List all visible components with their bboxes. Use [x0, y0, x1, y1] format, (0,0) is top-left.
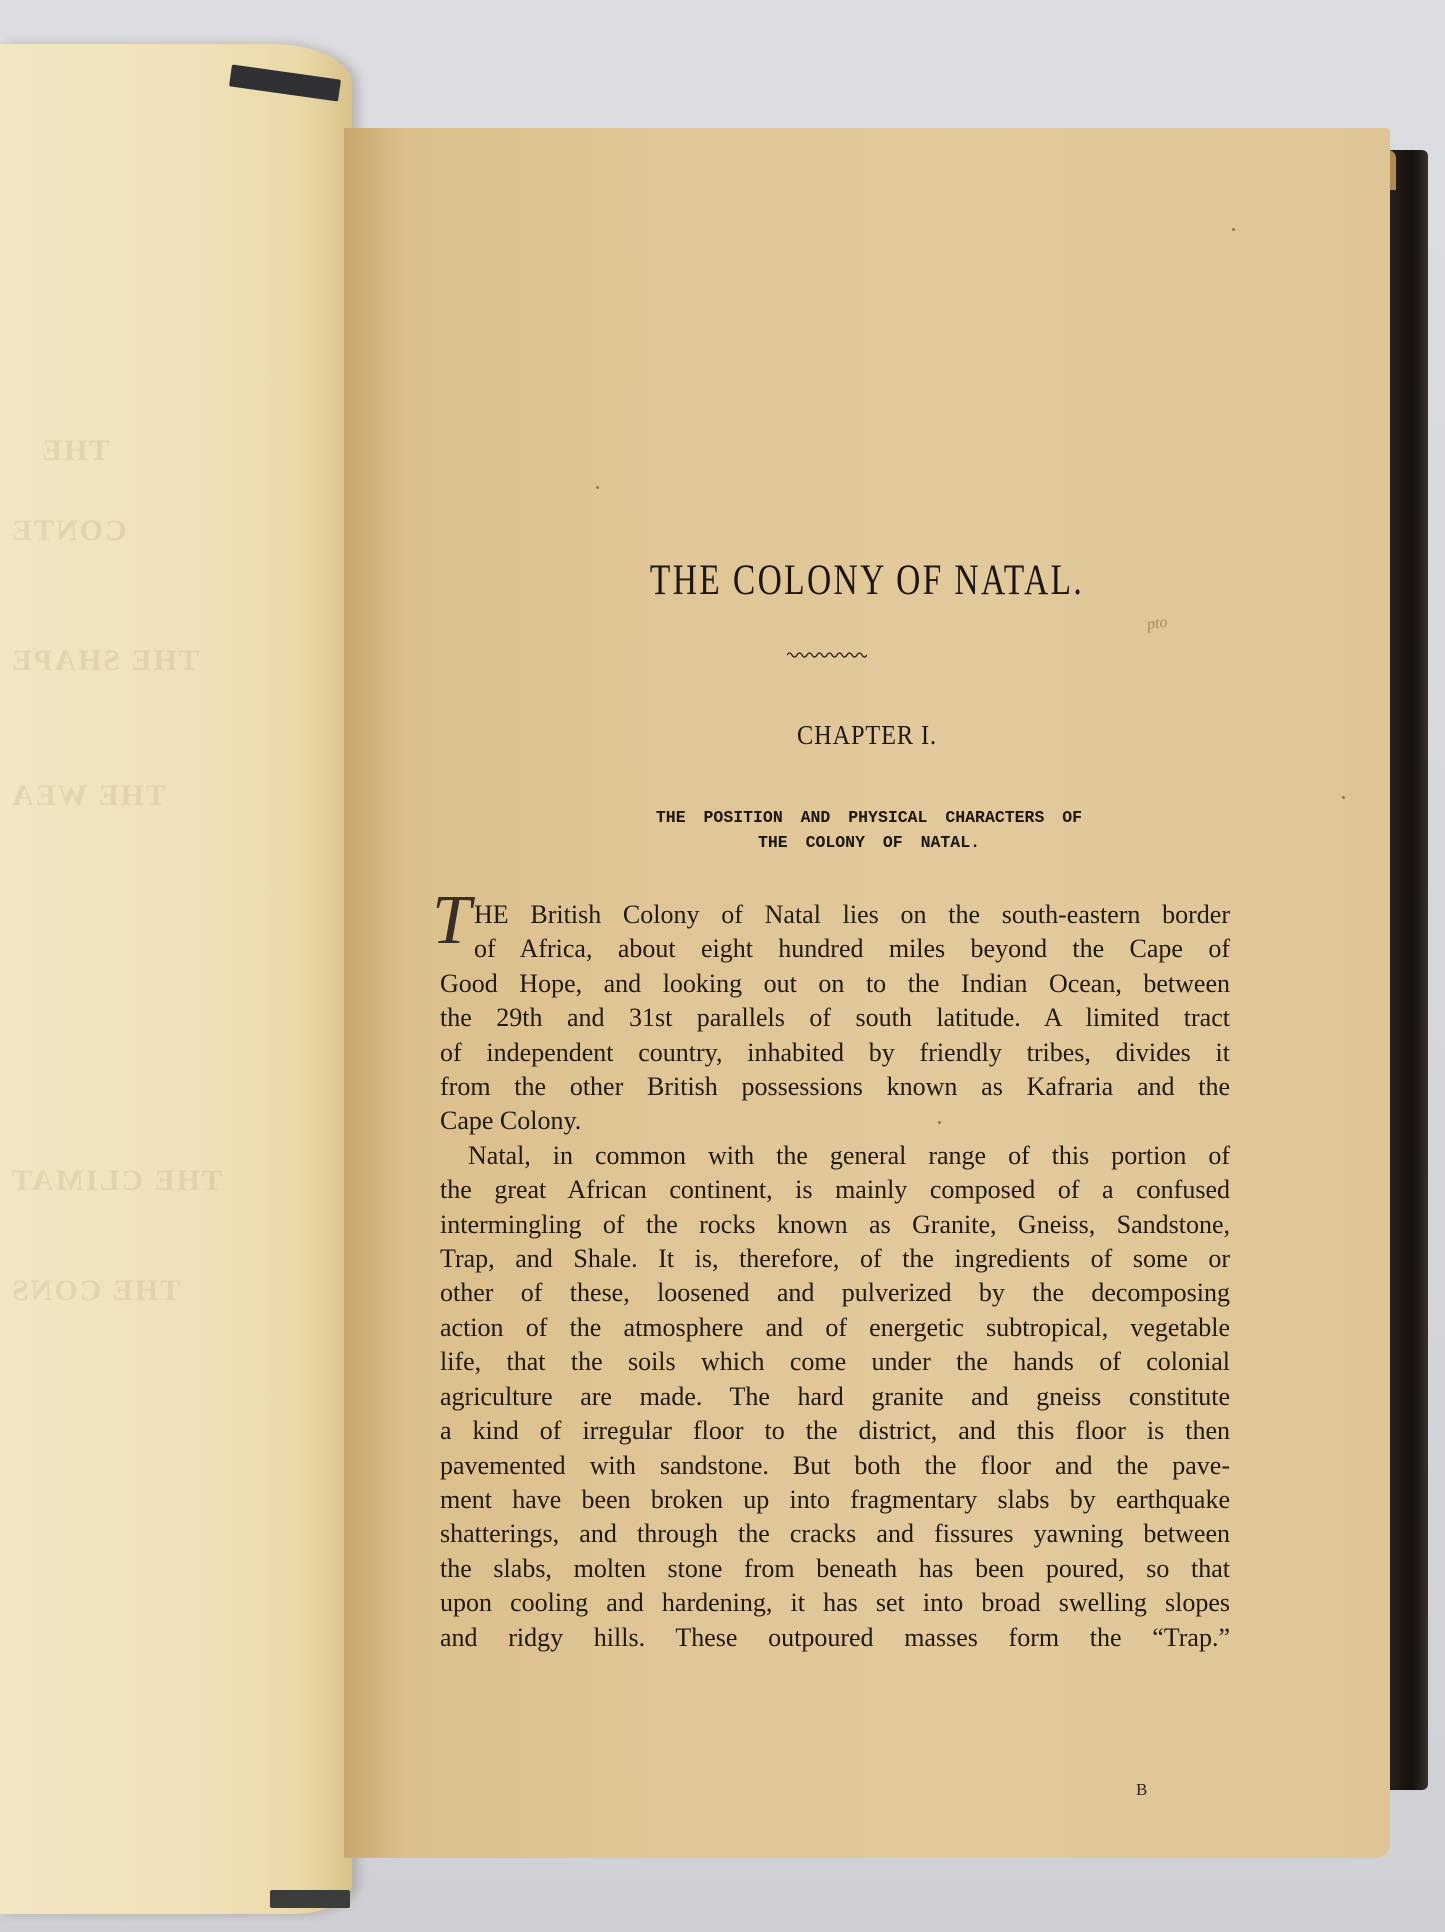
- text-line: the great African continent, is mainly c…: [440, 1173, 1230, 1207]
- bleed-through-text: THE WEA: [10, 779, 166, 813]
- paper-speck: [596, 486, 599, 489]
- text-line: a kind of irregular floor to the distric…: [440, 1414, 1230, 1448]
- left-page: THE CONTE THE SHAPE THE WEA THE CLIMAT T…: [0, 44, 352, 1914]
- text-line: action of the atmosphere and of energeti…: [440, 1311, 1230, 1345]
- text-line: Natal, in common with the general range …: [440, 1139, 1230, 1173]
- chapter-heading-line: THE COLONY OF NATAL.: [444, 830, 1294, 855]
- text-line: life, that the soils which come under th…: [440, 1345, 1230, 1379]
- paper-speck: [1342, 796, 1345, 799]
- text-line: Good Hope, and looking out on to the Ind…: [440, 967, 1230, 1001]
- text-line: from the other British possessions known…: [440, 1070, 1230, 1104]
- paper-speck: [1232, 228, 1235, 231]
- text-line: ment have been broken up into fragmentar…: [440, 1483, 1230, 1517]
- text-line: pavemented with sandstone. But both the …: [440, 1449, 1230, 1483]
- pencil-annotation: pto: [1146, 614, 1169, 635]
- text-line: of independent country, inhabited by fri…: [440, 1036, 1230, 1070]
- text-line: other of these, loosened and pulverized …: [440, 1276, 1230, 1310]
- text-line: upon cooling and hardening, it has set i…: [440, 1586, 1230, 1620]
- bleed-through-text: THE SHAPE: [10, 644, 199, 678]
- wavy-ornament-rule: [787, 651, 867, 659]
- bleed-through-text: THE CLIMAT: [10, 1164, 222, 1198]
- text-line: HE British Colony of Natal lies on the s…: [440, 898, 1230, 932]
- text-line: of Africa, about eight hundred miles bey…: [440, 932, 1230, 966]
- right-page: THE COLONY OF NATAL. pto CHAPTER I. THE …: [344, 128, 1390, 1858]
- text-line: shatterings, and through the cracks and …: [440, 1517, 1230, 1551]
- text-line: intermingling of the rocks known as Gran…: [440, 1208, 1230, 1242]
- text-line: the slabs, molten stone from beneath has…: [440, 1552, 1230, 1586]
- body-text: T HE British Colony of Natal lies on the…: [440, 898, 1230, 1655]
- signature-mark: B: [1136, 1780, 1147, 1800]
- book-cover-left-bottom: [270, 1890, 350, 1908]
- text-line: and ridgy hills. These outpoured masses …: [440, 1621, 1230, 1655]
- chapter-heading: THE POSITION AND PHYSICAL CHARACTERS OF …: [444, 805, 1294, 855]
- text-line: agriculture are made. The hard granite a…: [440, 1380, 1230, 1414]
- bleed-through-text: THE: [40, 434, 109, 468]
- text-line: Trap, and Shale. It is, therefore, of th…: [440, 1242, 1230, 1276]
- drop-cap-initial: T: [432, 886, 471, 956]
- bleed-through-text: CONTE: [10, 514, 127, 548]
- text-line: Cape Colony.: [440, 1104, 1230, 1138]
- book-title: THE COLONY OF NATAL.: [459, 556, 1275, 605]
- chapter-heading-line: THE POSITION AND PHYSICAL CHARACTERS OF: [444, 805, 1294, 830]
- text-line: the 29th and 31st parallels of south lat…: [440, 1001, 1230, 1035]
- paper-speck: [938, 1121, 941, 1124]
- bleed-through-text: THE CONS: [10, 1274, 180, 1308]
- chapter-number: CHAPTER I.: [396, 720, 1337, 751]
- book-cover-right: [1388, 150, 1428, 1790]
